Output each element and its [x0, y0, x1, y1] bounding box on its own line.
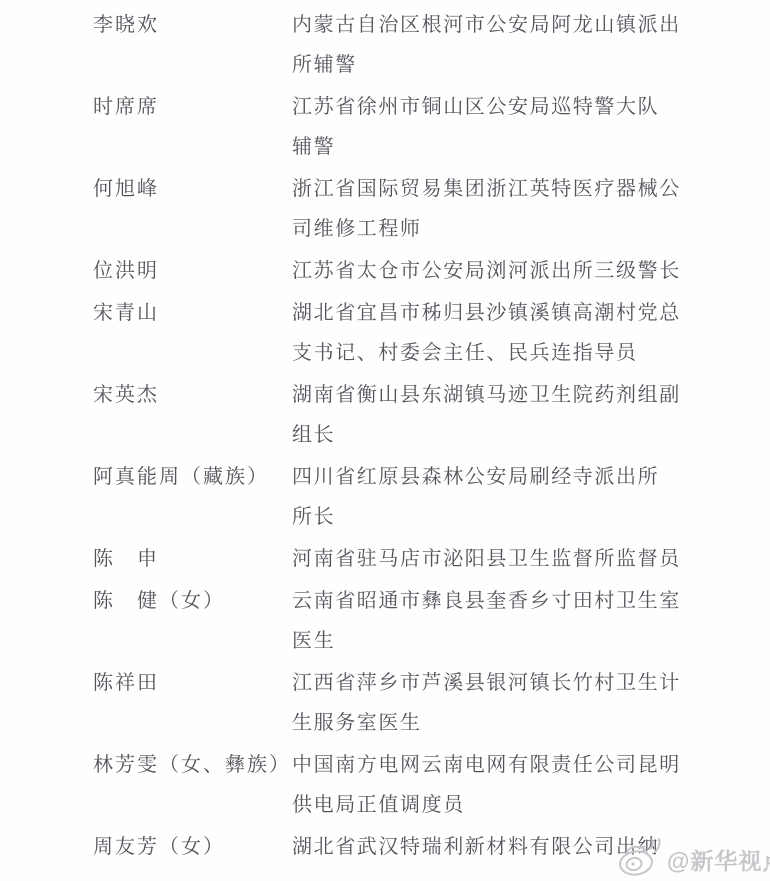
roster-row: 宋英杰 湖南省衡山县东湖镇马迹卫生院药剂组副组长	[0, 375, 770, 455]
unit-line: 供电局正值调度员	[292, 785, 702, 825]
unit-line: 医生	[292, 621, 702, 661]
unit-line: 所辅警	[292, 45, 702, 85]
unit-line: 云南省昭通市彝良县奎香乡寸田村卫生室	[292, 581, 702, 621]
unit-line: 生服务室医生	[292, 703, 702, 743]
person-unit: 湖北省武汉特瑞利新材料有限公司出纳	[292, 827, 702, 867]
roster-row: 李晓欢 内蒙古自治区根河市公安局阿龙山镇派出所辅警	[0, 5, 770, 85]
roster-row: 陈 健（女） 云南省昭通市彝良县奎香乡寸田村卫生室医生	[0, 581, 770, 661]
unit-line: 江苏省太仓市公安局浏河派出所三级警长	[292, 251, 702, 291]
unit-line: 湖北省武汉特瑞利新材料有限公司出纳	[292, 827, 702, 867]
person-name: 陈 健（女）	[93, 581, 292, 621]
unit-line: 江西省萍乡市芦溪县银河镇长竹村卫生计	[292, 663, 702, 703]
roster-row: 位洪明 江苏省太仓市公安局浏河派出所三级警长	[0, 251, 770, 291]
person-name: 李晓欢	[93, 5, 292, 45]
unit-line: 组长	[292, 415, 702, 455]
unit-line: 江苏省徐州市铜山区公安局巡特警大队	[292, 87, 702, 127]
person-unit: 江苏省徐州市铜山区公安局巡特警大队辅警	[292, 87, 702, 167]
roster-row: 宋青山 湖北省宜昌市秭归县沙镇溪镇高潮村党总支书记、村委会主任、民兵连指导员	[0, 293, 770, 373]
roster-row: 时席席 江苏省徐州市铜山区公安局巡特警大队辅警	[0, 87, 770, 167]
unit-line: 浙江省国际贸易集团浙江英特医疗器械公	[292, 169, 702, 209]
person-name: 陈祥田	[93, 663, 292, 703]
person-name: 宋青山	[93, 293, 292, 333]
person-unit: 江西省萍乡市芦溪县银河镇长竹村卫生计生服务室医生	[292, 663, 702, 743]
person-unit: 江苏省太仓市公安局浏河派出所三级警长	[292, 251, 702, 291]
unit-line: 河南省驻马店市泌阳县卫生监督所监督员	[292, 539, 702, 579]
roster-row: 何旭峰 浙江省国际贸易集团浙江英特医疗器械公司维修工程师	[0, 169, 770, 249]
unit-line: 司维修工程师	[292, 209, 702, 249]
unit-line: 湖北省宜昌市秭归县沙镇溪镇高潮村党总	[292, 293, 702, 333]
person-name: 何旭峰	[93, 169, 292, 209]
person-name: 林芳雯（女、彝族）	[93, 745, 292, 785]
unit-line: 湖南省衡山县东湖镇马迹卫生院药剂组副	[292, 375, 702, 415]
person-unit: 内蒙古自治区根河市公安局阿龙山镇派出所辅警	[292, 5, 702, 85]
roster-row: 林芳雯（女、彝族） 中国南方电网云南电网有限责任公司昆明供电局正值调度员	[0, 745, 770, 825]
unit-line: 四川省红原县森林公安局刷经寺派出所	[292, 457, 702, 497]
person-unit: 湖北省宜昌市秭归县沙镇溪镇高潮村党总支书记、村委会主任、民兵连指导员	[292, 293, 702, 373]
unit-line: 中国南方电网云南电网有限责任公司昆明	[292, 745, 702, 785]
person-unit: 浙江省国际贸易集团浙江英特医疗器械公司维修工程师	[292, 169, 702, 249]
person-name: 周友芳（女）	[93, 827, 292, 867]
unit-line: 支书记、村委会主任、民兵连指导员	[292, 333, 702, 373]
person-unit: 云南省昭通市彝良县奎香乡寸田村卫生室医生	[292, 581, 702, 661]
roster-row: 陈 申 河南省驻马店市泌阳县卫生监督所监督员	[0, 539, 770, 579]
unit-line: 辅警	[292, 127, 702, 167]
person-unit: 中国南方电网云南电网有限责任公司昆明供电局正值调度员	[292, 745, 702, 825]
person-unit: 湖南省衡山县东湖镇马迹卫生院药剂组副组长	[292, 375, 702, 455]
unit-line: 内蒙古自治区根河市公安局阿龙山镇派出	[292, 5, 702, 45]
person-name: 位洪明	[93, 251, 292, 291]
person-name: 陈 申	[93, 539, 292, 579]
person-name: 宋英杰	[93, 375, 292, 415]
person-unit: 河南省驻马店市泌阳县卫生监督所监督员	[292, 539, 702, 579]
roster-row: 陈祥田 江西省萍乡市芦溪县银河镇长竹村卫生计生服务室医生	[0, 663, 770, 743]
roster-row: 周友芳（女） 湖北省武汉特瑞利新材料有限公司出纳	[0, 827, 770, 867]
person-name: 时席席	[93, 87, 292, 127]
roster-list: 李晓欢 内蒙古自治区根河市公安局阿龙山镇派出所辅警 时席席 江苏省徐州市铜山区公…	[0, 0, 770, 867]
person-unit: 四川省红原县森林公安局刷经寺派出所所长	[292, 457, 702, 537]
person-name: 阿真能周（藏族）	[93, 457, 292, 497]
unit-line: 所长	[292, 497, 702, 537]
roster-row: 阿真能周（藏族） 四川省红原县森林公安局刷经寺派出所所长	[0, 457, 770, 537]
